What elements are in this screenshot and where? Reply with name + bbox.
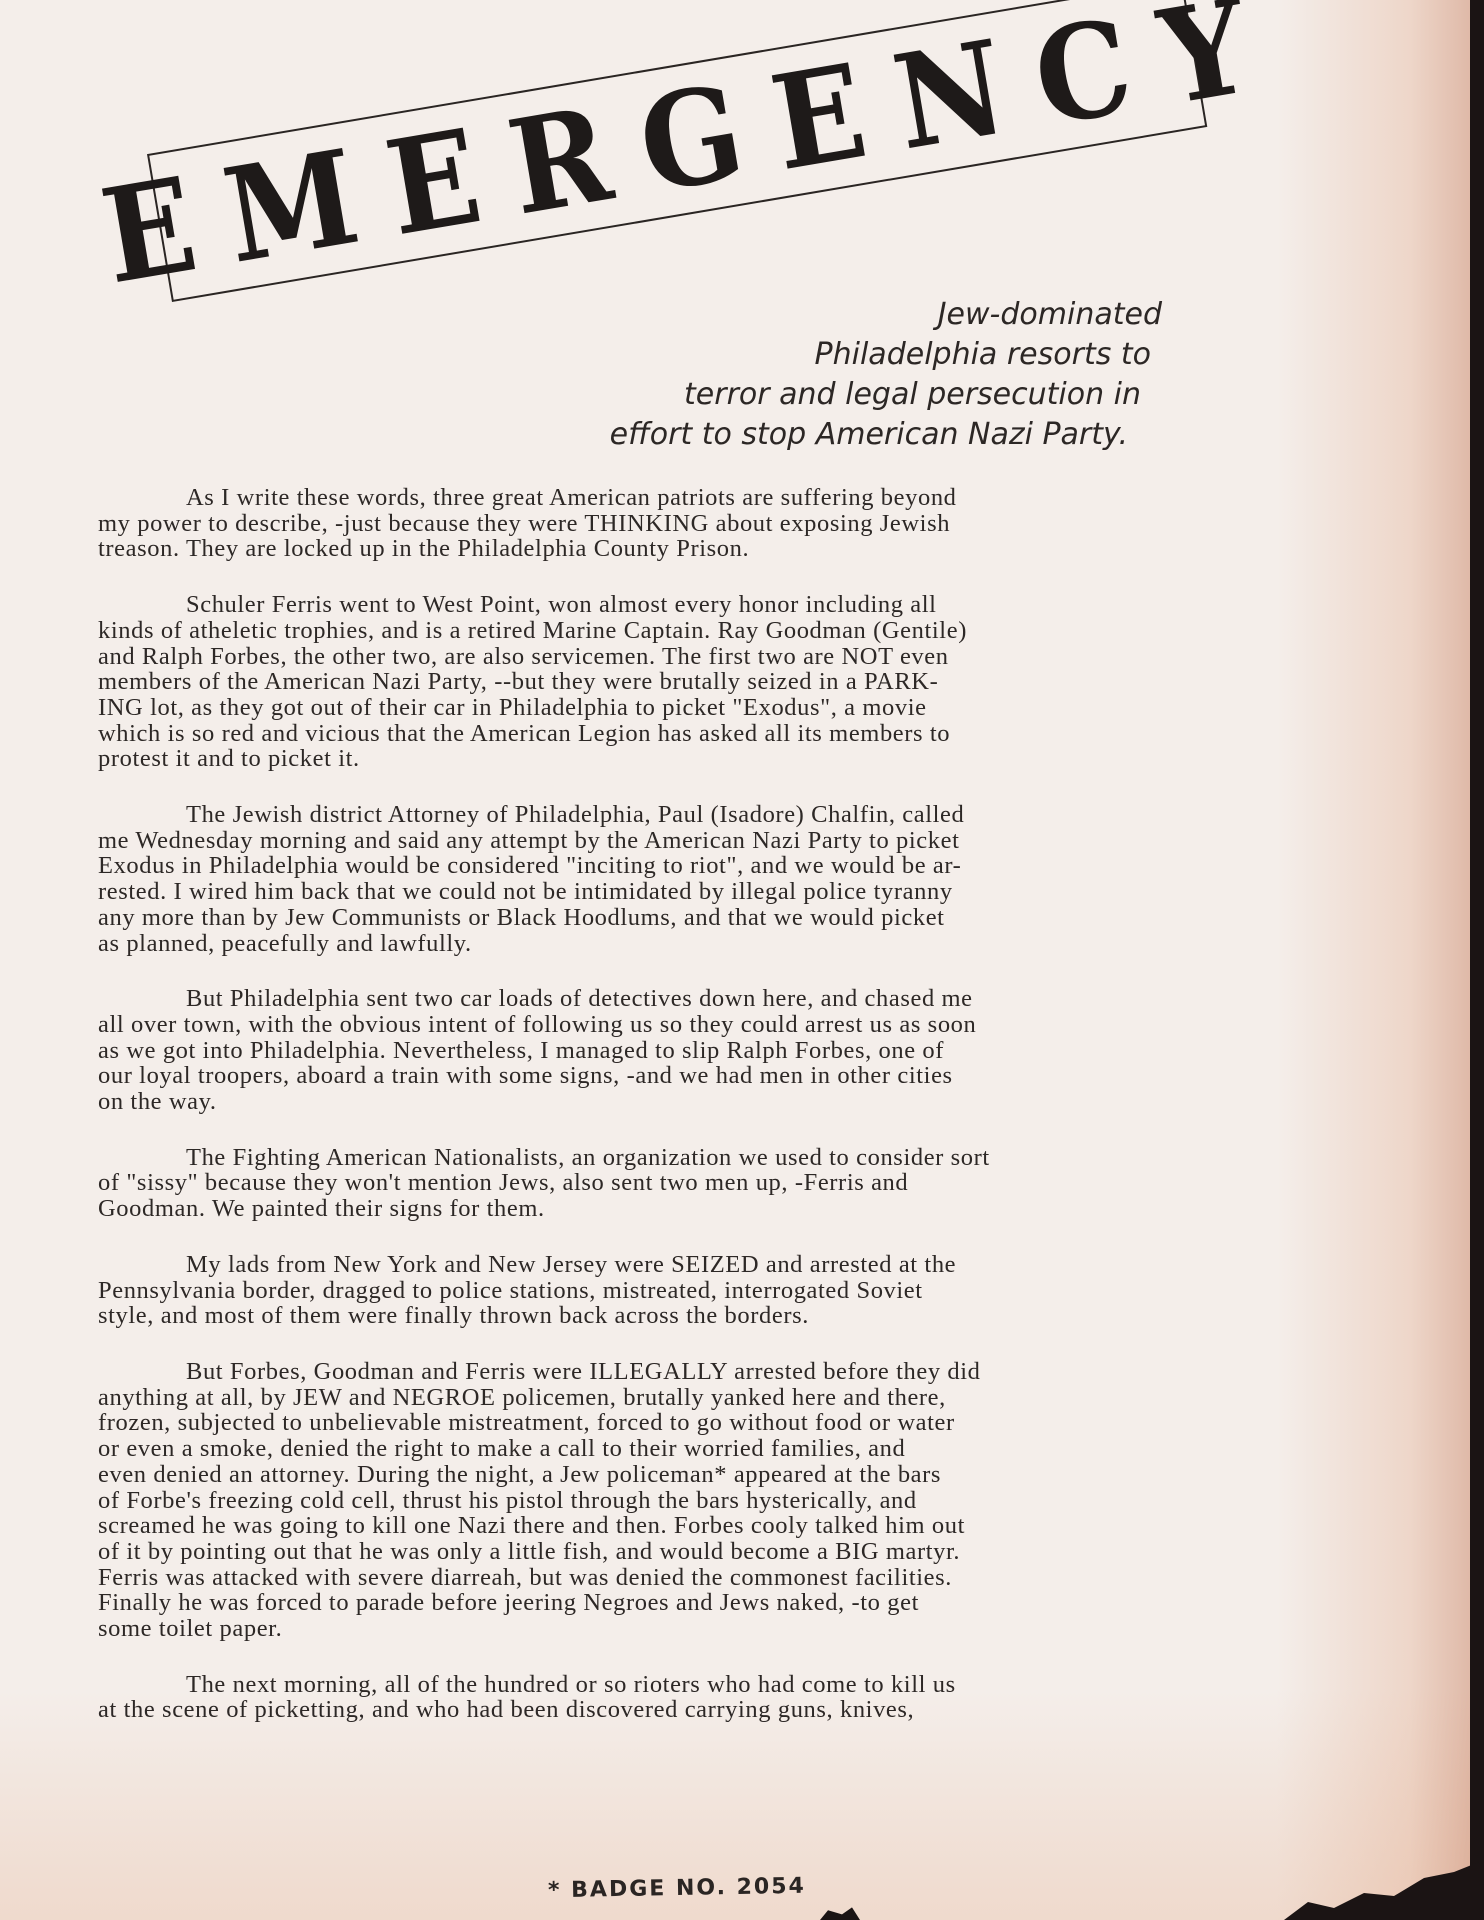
text-line: our loyal troopers, aboard a train with … xyxy=(98,1063,1348,1089)
text-line: treason. They are locked up in the Phila… xyxy=(98,536,1348,562)
text-line: and Ralph Forbes, the other two, are als… xyxy=(98,644,1348,670)
text-line: My lads from New York and New Jersey wer… xyxy=(98,1252,1348,1278)
paragraph: The Fighting American Nationalists, an o… xyxy=(98,1145,1348,1222)
text-line: even denied an attorney. During the nigh… xyxy=(98,1462,1348,1488)
body-text: As I write these words, three great Amer… xyxy=(98,485,1348,1753)
text-line: anything at all, by JEW and NEGROE polic… xyxy=(98,1385,1348,1411)
text-line: as we got into Philadelphia. Nevertheles… xyxy=(98,1038,1348,1064)
paragraph: As I write these words, three great Amer… xyxy=(98,485,1348,562)
text-line: As I write these words, three great Amer… xyxy=(98,485,1348,511)
text-line: frozen, subjected to unbelievable mistre… xyxy=(98,1410,1348,1436)
text-line: members of the American Nazi Party, --bu… xyxy=(98,669,1348,695)
subhead-line: Jew-dominated xyxy=(546,295,1162,335)
text-line: me Wednesday morning and said any attemp… xyxy=(98,828,1348,854)
text-line: some toilet paper. xyxy=(98,1616,1348,1642)
text-line: The next morning, all of the hundred or … xyxy=(98,1672,1348,1698)
text-line: rested. I wired him back that we could n… xyxy=(98,879,1348,905)
text-line: which is so red and vicious that the Ame… xyxy=(98,721,1348,747)
text-line: Exodus in Philadelphia would be consider… xyxy=(98,853,1348,879)
text-line: But Forbes, Goodman and Ferris were ILLE… xyxy=(98,1359,1348,1385)
paragraph: My lads from New York and New Jersey wer… xyxy=(98,1252,1348,1329)
text-line: Schuler Ferris went to West Point, won a… xyxy=(98,592,1348,618)
text-line: of Forbe's freezing cold cell, thrust hi… xyxy=(98,1488,1348,1514)
text-line: Finally he was forced to parade before j… xyxy=(98,1590,1348,1616)
footnote: * BADGE NO. 2054 xyxy=(548,1874,806,1903)
text-line: of it by pointing out that he was only a… xyxy=(98,1539,1348,1565)
paragraph: The next morning, all of the hundred or … xyxy=(98,1672,1348,1723)
subhead: Jew-dominated Philadelphia resorts to te… xyxy=(546,295,1166,455)
paragraph: Schuler Ferris went to West Point, won a… xyxy=(98,592,1348,772)
text-line: style, and most of them were finally thr… xyxy=(98,1303,1348,1329)
text-line: at the scene of picketting, and who had … xyxy=(98,1697,1348,1723)
paragraph: The Jewish district Attorney of Philadel… xyxy=(98,802,1348,956)
headline: EMERGENCY xyxy=(92,0,1292,313)
headline-box: EMERGENCY xyxy=(147,0,1207,302)
subhead-line: Philadelphia resorts to xyxy=(546,335,1151,375)
text-line: protest it and to picket it. xyxy=(98,746,1348,772)
paper-tear xyxy=(820,1906,860,1920)
text-line: Pennsylvania border, dragged to police s… xyxy=(98,1278,1348,1304)
text-line: Ferris was attacked with severe diarreah… xyxy=(98,1565,1348,1591)
text-line: my power to describe, -just because they… xyxy=(98,511,1348,537)
text-line: kinds of atheletic trophies, and is a re… xyxy=(98,618,1348,644)
text-line: ING lot, as they got out of their car in… xyxy=(98,695,1348,721)
text-line: Goodman. We painted their signs for them… xyxy=(98,1196,1348,1222)
text-line: But Philadelphia sent two car loads of d… xyxy=(98,986,1348,1012)
paper-tear xyxy=(1284,1860,1484,1920)
text-line: as planned, peacefully and lawfully. xyxy=(98,931,1348,957)
document-page: EMERGENCY Jew-dominated Philadelphia res… xyxy=(0,0,1484,1920)
paragraph: But Forbes, Goodman and Ferris were ILLE… xyxy=(98,1359,1348,1642)
text-line: or even a smoke, denied the right to mak… xyxy=(98,1436,1348,1462)
subhead-line: effort to stop American Nazi Party. xyxy=(546,415,1128,455)
subhead-line: terror and legal persecution in xyxy=(546,375,1141,415)
text-line: all over town, with the obvious intent o… xyxy=(98,1012,1348,1038)
text-line: The Fighting American Nationalists, an o… xyxy=(98,1145,1348,1171)
text-line: of "sissy" because they won't mention Je… xyxy=(98,1170,1348,1196)
scan-edge-shadow xyxy=(1470,0,1484,1920)
text-line: on the way. xyxy=(98,1089,1348,1115)
paragraph: But Philadelphia sent two car loads of d… xyxy=(98,986,1348,1115)
text-line: screamed he was going to kill one Nazi t… xyxy=(98,1513,1348,1539)
text-line: The Jewish district Attorney of Philadel… xyxy=(98,802,1348,828)
text-line: any more than by Jew Communists or Black… xyxy=(98,905,1348,931)
